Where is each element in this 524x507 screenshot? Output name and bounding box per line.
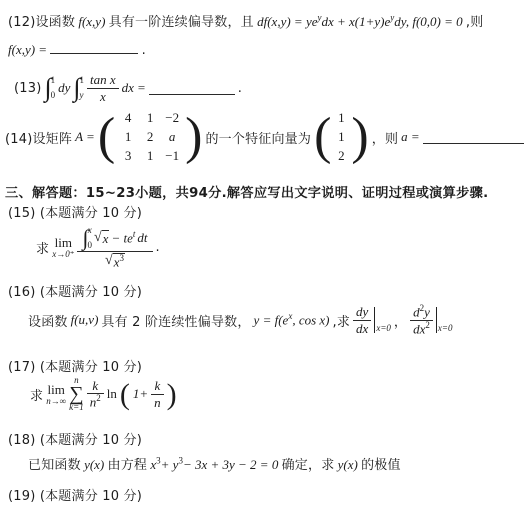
math-run: − te [111,230,132,245]
problem-number: (13) [14,81,42,96]
fraction-k-over-n2: k n2 [87,378,104,411]
ln-operator: ln [107,386,117,402]
math-run: − 3x + 3y − 2 = 0 [183,457,278,472]
matrix-cell: 2 [139,129,161,145]
math-f-xy: f(x,y) [78,14,105,29]
vector-cell: 2 [333,148,349,164]
radical: √x3 [105,253,125,270]
section-3-header: 三、解答题：15~23小题，共94分.解答应写出文字说明、证明过程或演算步骤. [5,182,488,201]
answer-blank [423,131,524,144]
evaluation-subscript: x=0 [376,324,391,333]
sum-lower-limit: k=1 [69,403,84,412]
evaluation-subscript: x=0 [438,324,453,333]
matrix-left-paren: ( [98,113,115,161]
problem-17-formula: 求 lim n→∞ n ∑ k=1 k n2 ln ( 1+ k n ) [30,376,177,412]
math-run: + y [161,457,179,472]
equals-sign: = [137,80,146,96]
problem-15-formula: 求 lim x→0⁺ ∫ x0 √x − tet dt √x3 . [36,226,160,270]
math-run: dx [413,321,425,336]
problem-12-intro: (12)设函数 [8,15,75,30]
math-initial-condition: f(0,0) = 0 [409,14,463,29]
numerator: ∫ x0 √x − tet dt [77,226,152,251]
math-dy: dy [58,80,70,96]
radicand: x [102,230,110,247]
lim-word: lim [47,383,64,396]
problem-18-head-text: (18) (本题满分 10 分) [8,433,142,448]
problem-19-head-text: (19) (本题满分 10 分) [8,489,142,504]
math-run: y [424,304,430,319]
problem-17-head-text: (17) (本题满分 10 分) [8,360,142,375]
math-run: y = f(e [254,313,289,328]
fraction-d2y-dx2: d2y dx2 [410,304,433,337]
big-right-paren: ) [167,381,177,408]
period: . [156,240,160,255]
exam-page: (12)设函数 f(x,y) 具有一阶连续偏导数，且 df(x,y) = yey… [0,0,524,507]
answer-blank [149,82,235,95]
lower-limit: y [80,91,85,100]
problem-18-extremum-text: 的极值 [361,458,401,473]
numerator: tan x [87,72,119,88]
problem-16-header: (16) (本题满分 10 分) [8,281,142,300]
vector-cell: 1 [333,110,349,126]
vector-left-paren: ( [314,113,331,161]
matrix-cell: 3 [117,148,139,164]
problem-18-equation-text: 由方程 [108,458,148,473]
math-f-xy-equals: f(x,y) = [8,42,47,57]
matrix-cell: 1 [139,110,161,126]
math-y-x: y(x) [338,457,358,472]
fraction-k-over-n: k n [151,378,164,410]
lower-limit: 0 [87,241,92,250]
problem-15-header: (15) (本题满分 10 分) [8,202,142,221]
exponent: 2 [96,393,101,403]
lim-subscript: x→0⁺ [52,250,74,259]
fraction-dy-dx: dy dx [353,304,371,336]
matrix-cell: 1 [117,129,139,145]
denominator: n [151,394,164,411]
math-run: df(x,y) = ye [257,14,317,29]
math-run: dx + x(1+y)e [321,14,390,29]
vector-right-paren: ) [351,113,368,161]
matrix-cell: a [161,129,183,145]
integral-limits: x0 [87,226,92,250]
problem-18-body: 已知函数 y(x) 由方程 x3+ y3− 3x + 3y − 2 = 0 确定… [28,454,401,473]
math-f-uv: f(u,v) [71,312,99,328]
vector-cell: 1 [333,129,349,145]
evaluation-bar: x=0 [374,307,391,333]
period: . [238,81,242,96]
math-total-differential: df(x,y) = yeydx + x(1+y)eydy, f(0,0) = 0 [257,14,463,29]
integral: ∫ x0 [82,226,92,250]
matrix-cell: −1 [161,148,183,164]
math-dx: dx [122,80,134,96]
comma: ， [394,311,407,330]
matrix-cells: 4 1 −2 1 2 a 3 1 −1 [117,110,183,164]
lower-limit: 0 [51,91,56,100]
find-text: 求 [36,238,49,257]
big-left-paren: ( [120,381,130,408]
radical-icon: √ [94,230,102,247]
numerator: dy [353,304,371,320]
eigenvector: ( 1 1 2 ) [314,110,369,164]
math-one-plus: 1+ [133,386,148,402]
problem-14-intro: (14)设矩阵 [5,128,72,147]
denominator: x [87,88,119,105]
bar-icon [436,307,437,333]
radicand: x3 [113,253,125,270]
problem-18-header: (18) (本题满分 10 分) [8,429,142,448]
math-term: − tet [111,230,135,246]
integral-limits: 1y [80,76,85,100]
limit-operator: lim x→0⁺ [52,236,74,259]
lim-subscript: n→∞ [46,397,66,406]
find-text: 求 [30,385,43,404]
matrix-cell: −2 [161,110,183,126]
upper-limit: 1 [51,76,56,85]
problem-12-line-2: f(x,y) = . [8,41,146,58]
problem-18-find-text: 确定，求 [282,458,335,473]
problem-19-header: (19) (本题满分 10 分) [8,485,142,504]
math-run: dy, [394,14,409,29]
denominator: dx [353,320,371,337]
problem-18-intro: 已知函数 [28,458,81,473]
inner-integral: ∫ 1y [73,75,84,101]
problem-12-line-1: (12)设函数 f(x,y) 具有一阶连续偏导数，且 df(x,y) = yey… [8,11,483,30]
matrix-A: ( 4 1 −2 1 2 a 3 1 −1 ) [98,110,203,164]
math-A-equals: A = [75,129,95,145]
problem-12-condition-text: 具有一阶连续偏导数，且 [109,15,254,30]
problem-14-then-text: ，则 [372,128,398,147]
math-dt: dt [137,230,147,246]
problem-15-head-text: (15) (本题满分 10 分) [8,206,142,221]
sigma-icon: ∑ [69,385,83,403]
math-y-x: y(x) [84,457,104,472]
exponent: t [133,229,136,239]
matrix-cell: 1 [139,148,161,164]
problem-12-then-text: ,则 [466,15,484,30]
upper-limit: 1 [80,76,85,85]
main-fraction: ∫ x0 √x − tet dt √x3 [77,226,152,270]
problem-13: (13) ∫ 10 dy ∫ 1y tan x x dx = . [14,72,242,104]
denominator: dx2 [410,320,433,337]
problem-16-body: 设函数 f(u,v) 具有 2 阶连续性偏导数， y = f(ex, cos x… [28,304,452,337]
math-implicit-equation: x3+ y3− 3x + 3y − 2 = 0 [150,457,278,472]
upper-limit: x [87,226,92,235]
math-run: , cos x) [292,313,329,328]
outer-integral: ∫ 10 [45,75,56,101]
exponent: 3 [119,253,124,263]
problem-16-condition-text: 具有 2 阶连续性偏导数， [101,311,250,330]
problem-16-intro: 设函数 [28,311,68,330]
matrix-right-paren: ) [185,113,202,161]
numerator: d2y [410,304,433,320]
numerator: k [87,378,104,394]
math-a-equals: a = [401,129,420,145]
numerator: k [151,378,164,394]
denominator: n2 [87,393,104,410]
denominator: √x3 [77,251,152,270]
exponent: 2 [425,320,430,330]
section-3-title: 三、解答题：15~23小题，共94分.解答应写出文字说明、证明过程或演算步骤. [5,186,488,201]
evaluation-bar: x=0 [436,307,453,333]
problem-14: (14)设矩阵 A = ( 4 1 −2 1 2 a 3 1 −1 ) 的一个特… [5,110,524,164]
math-composition: y = f(ex, cos x) [254,312,330,328]
find-text: ,求 [333,311,351,330]
problem-17-header: (17) (本题满分 10 分) [8,356,142,375]
summation-operator: n ∑ k=1 [69,376,84,412]
integral-limits: 10 [51,76,56,100]
limit-operator: lim n→∞ [46,383,66,406]
period: . [142,43,146,58]
fraction-tanx-over-x: tan x x [87,72,119,104]
radical: √x [94,230,109,247]
matrix-cell: 4 [117,110,139,126]
vector-cells: 1 1 2 [333,110,349,164]
radical-icon: √ [105,253,113,270]
problem-14-eigenvector-text: 的一个特征向量为 [205,128,311,147]
lim-word: lim [55,236,72,249]
answer-blank [50,41,138,54]
problem-16-head-text: (16) (本题满分 10 分) [8,285,142,300]
